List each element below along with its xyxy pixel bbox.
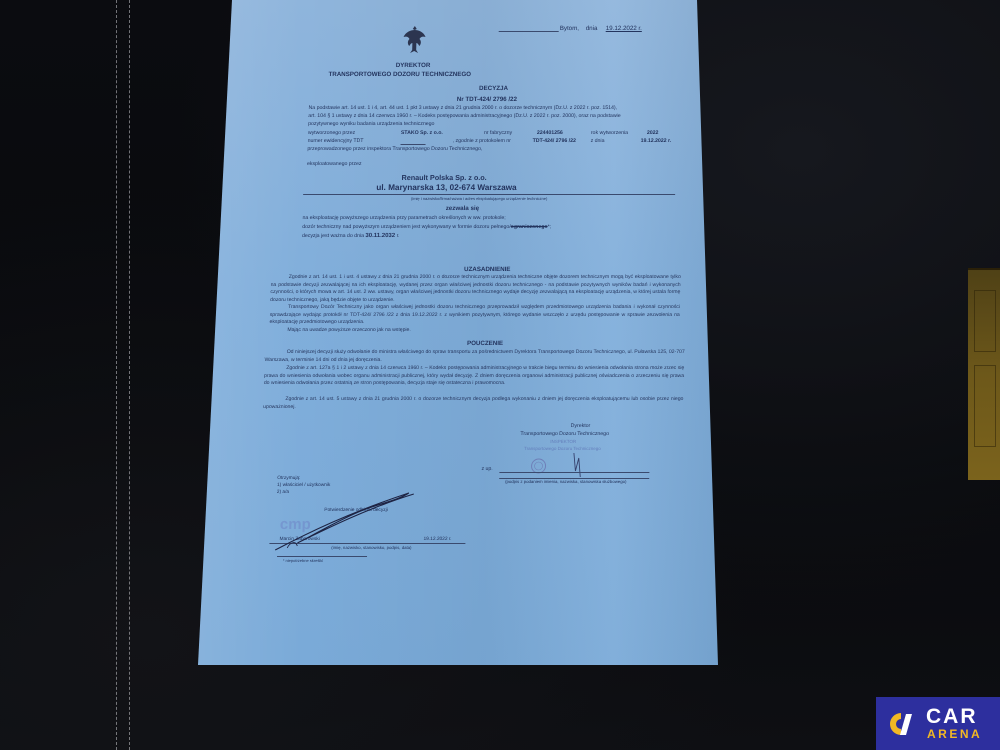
operator-caption: (imię i nazwisko/firma/nazwa i adres eks… <box>411 196 547 201</box>
inspector-line: przeprowadzonego przez inspektora Transp… <box>307 146 482 152</box>
car-arena-logo-icon <box>888 711 914 737</box>
seat-stitching <box>129 0 130 750</box>
legal-basis-line: pozytywnego wyniku badania urządzenia te… <box>308 121 434 127</box>
justification-paragraph: Zgodnie z art. 14 ust. 1 i ust. 4 ustawy… <box>270 274 681 304</box>
instruction-heading: POUCZENIE <box>467 340 503 347</box>
legal-basis-line: art. 104 § 1 ustawy z dnia 14 czerwca 19… <box>308 113 620 119</box>
permission-line: na eksploatację powyższego urządzenia pr… <box>302 215 505 221</box>
protocol-label: , zgodnie z protokołem nr <box>453 138 511 144</box>
year-label: rok wytworzenia <box>591 130 628 136</box>
protocol-date: 19.12.2022 r. <box>641 138 672 144</box>
operator-label: eksploatowanego przez <box>307 161 362 167</box>
justification-paragraph: Mając na uwadze powyższe orzeczono jak n… <box>269 327 679 335</box>
decision-title: DECYZJA <box>479 85 508 92</box>
year-value: 2022 <box>647 130 659 136</box>
signature-title1: Dyrektor <box>571 423 591 429</box>
place: Bytom, <box>560 25 579 32</box>
stamp-office: Transportowego Dozoru Technicznego <box>524 446 601 451</box>
signature-caption: (podpis z podaniem imienia, nazwiska, st… <box>505 479 626 484</box>
car-arena-watermark-logo: CAR ARENA <box>876 697 1000 750</box>
validity-line: decyzja jest ważna do dnia 30.11.2032 r. <box>302 233 400 239</box>
brand-name-line1: CAR <box>926 706 978 727</box>
issuer-line2: TRANSPORTOWEGO DOZORU TECHNICZNEGO <box>328 71 471 78</box>
instruction-paragraph: Zgodnie z art. 14 ust. 5 ustawy z dnia 2… <box>263 396 683 411</box>
registration-label: numer ewidencyjny TDT <box>308 138 364 144</box>
permission-heading: zezwala się <box>446 205 480 212</box>
receiver-signature <box>267 488 419 558</box>
yellow-document-edge <box>968 268 1000 480</box>
brand-name-line2: ARENA <box>927 728 982 741</box>
operator-name: Renault Polska Sp. z o.o. <box>401 173 486 182</box>
manufacturer-label: wytworzonego przez <box>308 130 355 136</box>
legal-basis-line: Na podstawie art. 14 ust. 1 i 4, art. 44… <box>308 105 617 111</box>
receipt-date: 19.12.2022 r. <box>423 537 451 542</box>
on-behalf-label: z up. <box>481 466 492 472</box>
operator-address: ul. Marynarska 13, 02-674 Warszawa <box>376 183 517 192</box>
footnote: * niepotrzebne skreślić <box>283 558 323 563</box>
issuer-line1: DYREKTOR <box>396 62 431 69</box>
protocol-number: TDT-424/ 2796 /22 <box>533 138 576 144</box>
protocol-date-label: z dnia <box>591 138 605 144</box>
seat-stitching <box>116 0 117 750</box>
stamp-inspector: INSPEKTOR <box>550 439 576 444</box>
serial-label: nr fabryczny <box>484 130 512 136</box>
decision-number: Nr TDT-424/ 2796 /22 <box>457 96 517 103</box>
recipients-label: Otrzymują: <box>277 476 300 481</box>
instruction-paragraph: Zgodnie z art. 127a § 1 i 2 ustawy z dni… <box>264 365 685 388</box>
issue-date: 19.12.2022 r. <box>606 25 642 32</box>
polish-eagle-icon <box>401 24 428 54</box>
instruction-paragraph: Od niniejszej decyzji służy odwołanie do… <box>264 349 684 364</box>
decision-document: Bytom, dnia 19.12.2022 r. DYREKTOR TRANS… <box>198 0 718 665</box>
validity-date: 30.11.2032 <box>365 233 395 239</box>
serial-number: 224401256 <box>537 130 563 136</box>
signature-title2: Transportowego Dozoru Technicznego <box>520 431 609 437</box>
justification-heading: UZASADNIENIE <box>464 266 511 273</box>
date-label: dnia <box>586 25 598 32</box>
manufacturer-value: STAKO Sp. z o.o. <box>401 130 443 136</box>
permission-line: dozór techniczny nad powyższym urządzeni… <box>302 224 551 230</box>
justification-paragraph: Transportowy Dozór Techniczny jako organ… <box>269 304 680 327</box>
